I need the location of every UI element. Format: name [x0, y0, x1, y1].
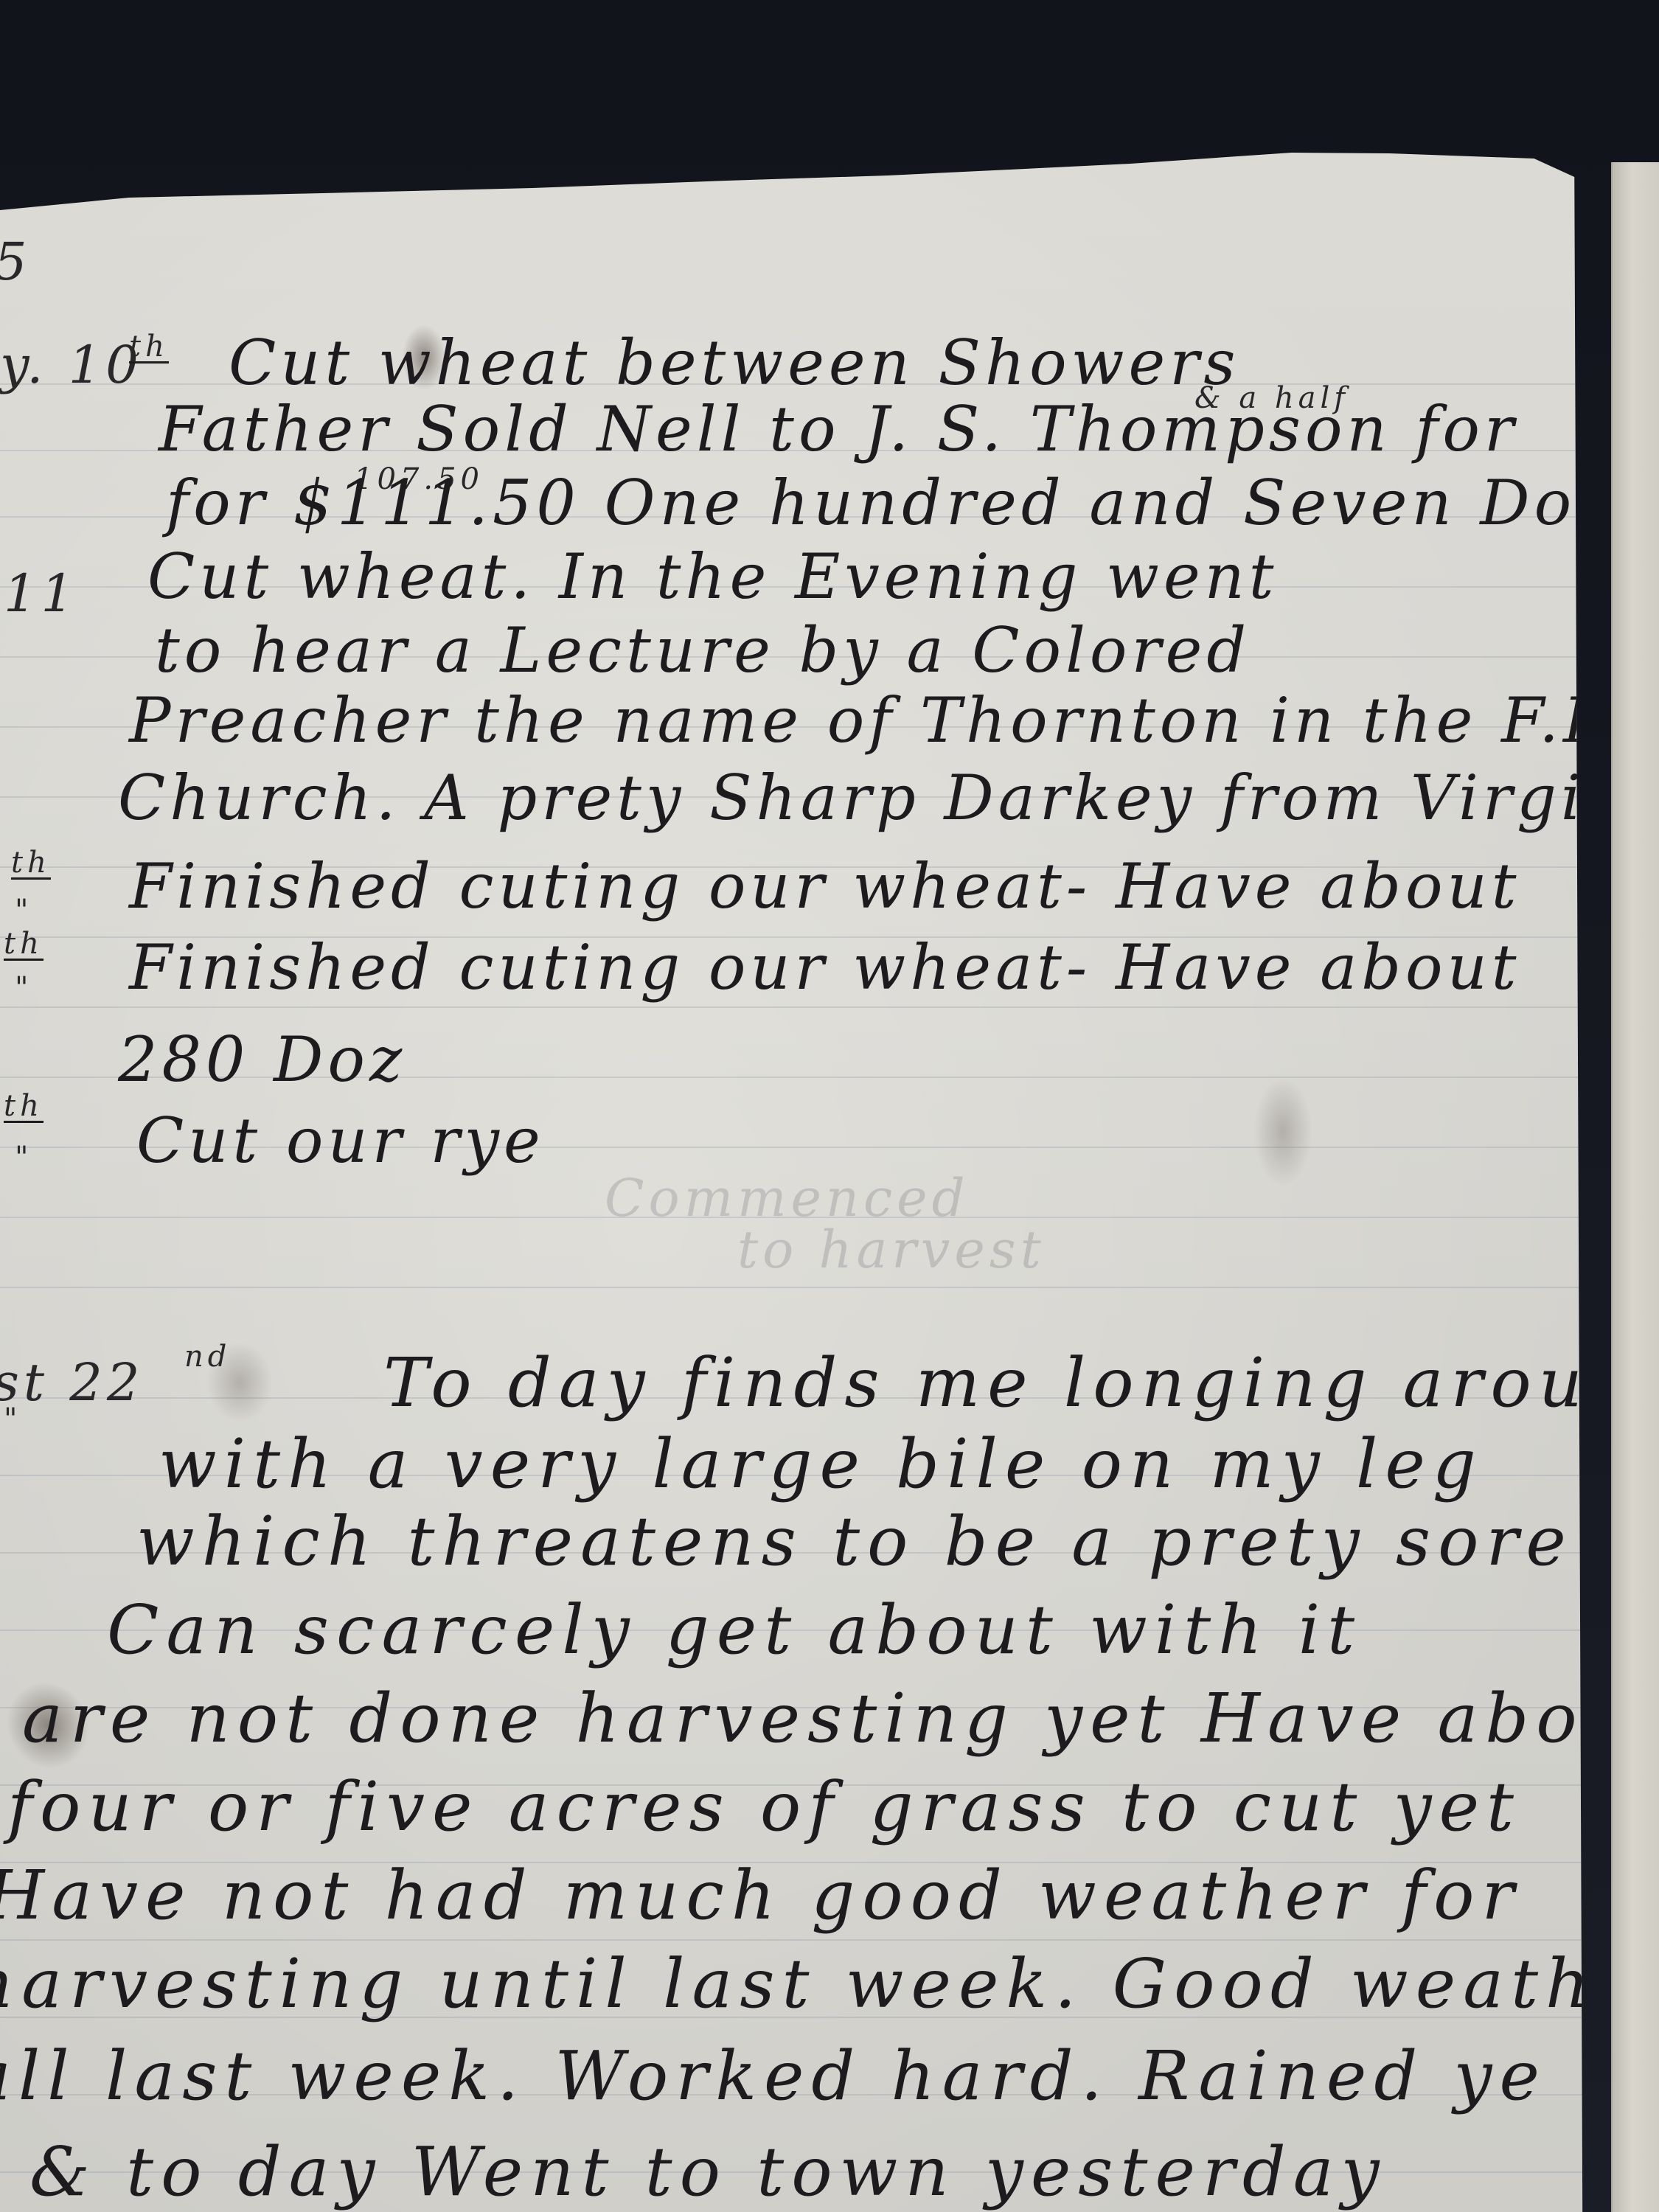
- entry-line: Cut wheat between Showers: [229, 332, 1240, 394]
- entry-line: Preacher the name of Thornton in the F.P…: [129, 689, 1621, 751]
- entry-line: to hear a Lecture by a Colored: [155, 619, 1251, 681]
- entry-date-ditto: ": [4, 1405, 21, 1434]
- ink-stain: [1253, 1077, 1312, 1187]
- entry-line: & to day Went to town yesterday: [29, 2138, 1387, 2206]
- ruled-line: [0, 1006, 1615, 1008]
- entry-line: with a very large bile on my leg: [159, 1430, 1484, 1498]
- entry-line: which threatens to be a prety sore th: [136, 1508, 1659, 1576]
- entry-date-ditto: ": [15, 1143, 32, 1172]
- entry-date: st 22: [0, 1357, 144, 1408]
- next-page-edge: [1611, 162, 1659, 2212]
- entry-date-ditto: ": [15, 973, 32, 1003]
- entry-line: Cut wheat. In the Evening went: [147, 546, 1279, 608]
- entry-line: Can scarcely get about with it: [107, 1596, 1362, 1664]
- bleed-through-text: to harvest: [737, 1224, 1046, 1276]
- ruled-line: [0, 1287, 1615, 1288]
- entry-date: th: [4, 1091, 44, 1123]
- entry-line: harvesting until last week. Good weath: [0, 1950, 1596, 2018]
- bleed-through-text: Commenced: [605, 1172, 969, 1224]
- entry-date-ditto: ": [15, 896, 32, 925]
- entry-date: 11: [4, 568, 78, 619]
- entry-line: Cut our rye: [136, 1110, 545, 1172]
- entry-line: To day finds me longing around: [383, 1349, 1659, 1417]
- entry-line: Church. A prety Sharp Darkey from Virgin: [118, 767, 1630, 829]
- entry-line: Finished cuting our wheat- Have about: [129, 936, 1520, 998]
- diary-page: Commenced to harvest 5 y. 10 th Cut whea…: [0, 0, 1615, 2212]
- entry-date-suffix: nd: [184, 1342, 231, 1371]
- ruled-line: [0, 1939, 1615, 1941]
- entry-line: Father Sold Nell to J. S. Thompson for: [159, 398, 1518, 460]
- entry-date: th: [4, 929, 44, 961]
- entry-line: for $111.50 One hundred and Seven Dols: [166, 472, 1636, 534]
- page-number: 5: [0, 236, 32, 288]
- photo-scene: Commenced to harvest 5 y. 10 th Cut whea…: [0, 0, 1659, 2212]
- entry-line: all last week. Worked hard. Rained ye: [0, 2042, 1547, 2110]
- entry-line: 280 Doz: [118, 1029, 406, 1091]
- entry-date-suffix: th: [129, 332, 169, 364]
- entry-date: th: [11, 848, 51, 880]
- entry-line: four or five acres of grass to cut yet: [7, 1773, 1521, 1841]
- entry-line: are not done harvesting yet Have abou: [22, 1685, 1635, 1753]
- entry-line: Finished cuting our wheat- Have about: [129, 855, 1520, 917]
- entry-date: y. 10: [0, 339, 143, 391]
- entry-line: Have not had much good weather for: [0, 1862, 1522, 1930]
